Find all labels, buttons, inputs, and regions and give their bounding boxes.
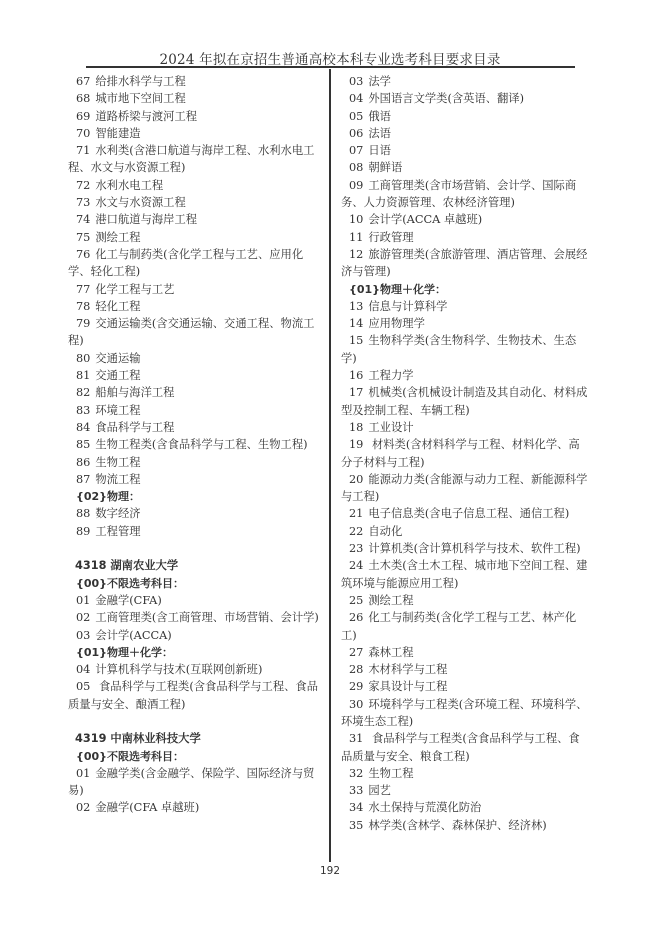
left-column: 67给排水科学与工程68城市地下空间工程69道路桥梁与渡河工程70智能建造71水… bbox=[68, 73, 321, 817]
major-entry: 85生物工程类(含食品科学与工程、生物工程) bbox=[68, 436, 321, 453]
major-name: 交通工程 bbox=[95, 369, 140, 382]
major-code: 28 bbox=[349, 663, 363, 676]
major-code: 16 bbox=[349, 369, 363, 382]
major-name: 园艺 bbox=[368, 784, 391, 797]
major-code: 08 bbox=[349, 161, 363, 174]
page-number: 192 bbox=[0, 865, 660, 877]
major-entry: 89工程管理 bbox=[68, 523, 321, 540]
major-entry: 07日语 bbox=[341, 142, 591, 159]
major-code: 18 bbox=[349, 421, 363, 434]
major-entry: 04计算机科学与技术(互联网创新班) bbox=[68, 661, 321, 678]
major-entry: 84食品科学与工程 bbox=[68, 419, 321, 436]
major-name: 物流工程 bbox=[95, 473, 140, 486]
major-code: 27 bbox=[349, 646, 363, 659]
major-name: 水利类(含港口航道与海岸工程、水利水电工程、水文与水资源工程) bbox=[68, 144, 314, 174]
major-name: 道路桥梁与渡河工程 bbox=[95, 110, 197, 123]
major-code: 75 bbox=[76, 231, 90, 244]
major-name: 外国语言文学类(含英语、翻译) bbox=[368, 92, 524, 105]
major-code: 32 bbox=[349, 767, 363, 780]
major-entry: 05 食品科学与工程类(含食品科学与工程、食品质量与安全、酿酒工程) bbox=[68, 678, 321, 713]
major-entry: 34水土保持与荒漠化防治 bbox=[341, 799, 591, 816]
major-name: 法语 bbox=[368, 127, 391, 140]
major-name: 机械类(含机械设计制造及其自动化、材料成型及控制工程、车辆工程) bbox=[341, 386, 587, 416]
major-code: 31 bbox=[349, 732, 363, 745]
major-code: 70 bbox=[76, 127, 90, 140]
major-entry: 26化工与制药类(含化学工程与工艺、林产化工) bbox=[341, 609, 591, 644]
major-entry: 02工商管理类(含工商管理、市场营销、会计学) bbox=[68, 609, 321, 626]
major-code: 13 bbox=[349, 300, 363, 313]
major-name: 食品科学与工程 bbox=[95, 421, 174, 434]
major-entry: 16工程力学 bbox=[341, 367, 591, 384]
major-entry: 24土木类(含土木工程、城市地下空间工程、建筑环境与能源应用工程) bbox=[341, 557, 591, 592]
major-entry: 14应用物理学 bbox=[341, 315, 591, 332]
major-entry: 02金融学(CFA 卓越班) bbox=[68, 799, 321, 816]
major-entry: 03法学 bbox=[341, 73, 591, 90]
major-code: 76 bbox=[76, 248, 90, 261]
major-code: 30 bbox=[349, 698, 363, 711]
major-entry: 21电子信息类(含电子信息工程、通信工程) bbox=[341, 505, 591, 522]
major-code: 11 bbox=[349, 231, 363, 244]
major-entry: 86生物工程 bbox=[68, 454, 321, 471]
major-name: 交通运输类(含交通运输、交通工程、物流工程) bbox=[68, 317, 314, 347]
university-heading: 4318 湖南农业大学 bbox=[68, 557, 321, 574]
major-code: 15 bbox=[349, 334, 363, 347]
major-code: 88 bbox=[76, 507, 90, 520]
major-name: 应用物理学 bbox=[368, 317, 425, 330]
major-name: 自动化 bbox=[368, 525, 402, 538]
major-code: 02 bbox=[76, 611, 90, 624]
major-entry: 10会计学(ACCA 卓越班) bbox=[341, 211, 591, 228]
major-code: 34 bbox=[349, 801, 363, 814]
major-entry: 06法语 bbox=[341, 125, 591, 142]
major-code: 23 bbox=[349, 542, 363, 555]
major-code: 89 bbox=[76, 525, 90, 538]
major-code: 74 bbox=[76, 213, 90, 226]
major-entry: 11行政管理 bbox=[341, 229, 591, 246]
major-name: 金融学(CFA) bbox=[95, 594, 161, 607]
major-code: 10 bbox=[349, 213, 363, 226]
major-name: 林学类(含林学、森林保护、经济林) bbox=[368, 819, 546, 832]
major-entry: 01金融学(CFA) bbox=[68, 592, 321, 609]
major-name: 化工与制药类(含化学工程与工艺、林产化工) bbox=[341, 611, 576, 641]
major-entry: 15生物科学类(含生物科学、生物技术、生态学) bbox=[341, 332, 591, 367]
major-entry: 08朝鲜语 bbox=[341, 159, 591, 176]
major-entry: 03会计学(ACCA) bbox=[68, 627, 321, 644]
major-code: 03 bbox=[349, 75, 363, 88]
major-entry: 35林学类(含林学、森林保护、经济林) bbox=[341, 817, 591, 834]
major-name: 船舶与海洋工程 bbox=[95, 386, 174, 399]
major-entry: 09工商管理类(含市场营销、会计学、国际商务、人力资源管理、农林经济管理) bbox=[341, 177, 591, 212]
major-name: 水土保持与荒漠化防治 bbox=[368, 801, 481, 814]
major-name: 数字经济 bbox=[95, 507, 140, 520]
major-code: 77 bbox=[76, 283, 90, 296]
major-code: 29 bbox=[349, 680, 363, 693]
major-name: 生物工程 bbox=[95, 456, 140, 469]
major-name: 会计学(ACCA 卓越班) bbox=[368, 213, 482, 226]
major-name: 能源动力类(含能源与动力工程、新能源科学与工程) bbox=[341, 473, 587, 503]
major-entry: 77化学工程与工艺 bbox=[68, 281, 321, 298]
major-name: 信息与计算科学 bbox=[368, 300, 447, 313]
major-entry: 79交通运输类(含交通运输、交通工程、物流工程) bbox=[68, 315, 321, 350]
major-entry: 78轻化工程 bbox=[68, 298, 321, 315]
major-name: 交通运输 bbox=[95, 352, 140, 365]
major-name: 俄语 bbox=[368, 110, 391, 123]
spacer bbox=[68, 713, 321, 730]
major-name: 电子信息类(含电子信息工程、通信工程) bbox=[368, 507, 569, 520]
major-entry: 17机械类(含机械设计制造及其自动化、材料成型及控制工程、车辆工程) bbox=[341, 384, 591, 419]
major-code: 86 bbox=[76, 456, 90, 469]
major-name: 土木类(含土木工程、城市地下空间工程、建筑环境与能源应用工程) bbox=[341, 559, 587, 589]
major-code: 05 bbox=[76, 680, 90, 693]
major-name: 给排水科学与工程 bbox=[95, 75, 185, 88]
major-code: 03 bbox=[76, 629, 90, 642]
major-entry: 83环境工程 bbox=[68, 402, 321, 419]
major-entry: 82船舶与海洋工程 bbox=[68, 384, 321, 401]
major-entry: 13信息与计算科学 bbox=[341, 298, 591, 315]
subject-requirement-heading: {01}物理＋化学： bbox=[68, 644, 321, 661]
major-entry: 73水文与水资源工程 bbox=[68, 194, 321, 211]
major-name: 朝鲜语 bbox=[368, 161, 402, 174]
major-name: 工业设计 bbox=[368, 421, 413, 434]
major-name: 工商管理类(含工商管理、市场营销、会计学) bbox=[95, 611, 318, 624]
major-code: 25 bbox=[349, 594, 363, 607]
major-name: 生物工程类(含食品科学与工程、生物工程) bbox=[95, 438, 307, 451]
major-code: 01 bbox=[76, 767, 90, 780]
major-name: 计算机科学与技术(互联网创新班) bbox=[95, 663, 262, 676]
major-entry: 18工业设计 bbox=[341, 419, 591, 436]
major-entry: 67给排水科学与工程 bbox=[68, 73, 321, 90]
major-code: 01 bbox=[76, 594, 90, 607]
major-code: 02 bbox=[76, 801, 90, 814]
major-code: 05 bbox=[349, 110, 363, 123]
major-code: 04 bbox=[349, 92, 363, 105]
major-code: 81 bbox=[76, 369, 90, 382]
major-name: 会计学(ACCA) bbox=[95, 629, 171, 642]
major-code: 79 bbox=[76, 317, 90, 330]
major-name: 智能建造 bbox=[95, 127, 140, 140]
major-entry: 32生物工程 bbox=[341, 765, 591, 782]
major-entry: 05俄语 bbox=[341, 108, 591, 125]
major-entry: 81交通工程 bbox=[68, 367, 321, 384]
university-heading: 4319 中南林业科技大学 bbox=[68, 730, 321, 747]
major-name: 木材科学与工程 bbox=[368, 663, 447, 676]
major-code: 72 bbox=[76, 179, 90, 192]
major-code: 83 bbox=[76, 404, 90, 417]
major-name: 生物科学类(含生物科学、生物技术、生态学) bbox=[341, 334, 576, 364]
major-entry: 69道路桥梁与渡河工程 bbox=[68, 108, 321, 125]
page-header-title: 2024 年拟在京招生普通高校本科专业选考科目要求目录 bbox=[0, 48, 660, 68]
major-entry: 68城市地下空间工程 bbox=[68, 90, 321, 107]
major-name: 材料类(含材料科学与工程、材料化学、高分子材料与工程) bbox=[341, 438, 580, 468]
major-code: 21 bbox=[349, 507, 363, 520]
spacer bbox=[68, 540, 321, 557]
major-entry: 70智能建造 bbox=[68, 125, 321, 142]
major-entry: 27森林工程 bbox=[341, 644, 591, 661]
column-divider bbox=[329, 69, 331, 862]
major-name: 金融学类(含金融学、保险学、国际经济与贸易) bbox=[68, 767, 314, 797]
major-entry: 33园艺 bbox=[341, 782, 591, 799]
major-name: 水文与水资源工程 bbox=[95, 196, 185, 209]
major-entry: 01金融学类(含金融学、保险学、国际经济与贸易) bbox=[68, 765, 321, 800]
major-name: 环境科学与工程类(含环境工程、环境科学、环境生态工程) bbox=[341, 698, 587, 728]
major-name: 工商管理类(含市场营销、会计学、国际商务、人力资源管理、农林经济管理) bbox=[341, 179, 576, 209]
major-name: 金融学(CFA 卓越班) bbox=[95, 801, 199, 814]
major-name: 港口航道与海岸工程 bbox=[95, 213, 197, 226]
major-entry: 80交通运输 bbox=[68, 350, 321, 367]
subject-requirement-heading: {00}不限选考科目： bbox=[68, 575, 321, 592]
major-code: 09 bbox=[349, 179, 363, 192]
major-code: 12 bbox=[349, 248, 363, 261]
major-name: 城市地下空间工程 bbox=[95, 92, 185, 105]
major-name: 水利水电工程 bbox=[95, 179, 163, 192]
major-entry: 25测绘工程 bbox=[341, 592, 591, 609]
major-entry: 72水利水电工程 bbox=[68, 177, 321, 194]
major-entry: 20能源动力类(含能源与动力工程、新能源科学与工程) bbox=[341, 471, 591, 506]
major-entry: 75测绘工程 bbox=[68, 229, 321, 246]
major-entry: 87物流工程 bbox=[68, 471, 321, 488]
major-code: 87 bbox=[76, 473, 90, 486]
major-code: 17 bbox=[349, 386, 363, 399]
major-name: 化学工程与工艺 bbox=[95, 283, 174, 296]
major-entry: 71水利类(含港口航道与海岸工程、水利水电工程、水文与水资源工程) bbox=[68, 142, 321, 177]
major-name: 环境工程 bbox=[95, 404, 140, 417]
major-name: 轻化工程 bbox=[95, 300, 140, 313]
major-entry: 28木材科学与工程 bbox=[341, 661, 591, 678]
major-code: 68 bbox=[76, 92, 90, 105]
major-name: 测绘工程 bbox=[368, 594, 413, 607]
major-code: 67 bbox=[76, 75, 90, 88]
major-name: 测绘工程 bbox=[95, 231, 140, 244]
major-name: 计算机类(含计算机科学与技术、软件工程) bbox=[368, 542, 580, 555]
major-entry: 19 材料类(含材料科学与工程、材料化学、高分子材料与工程) bbox=[341, 436, 591, 471]
subject-requirement-heading: {02}物理： bbox=[68, 488, 321, 505]
right-column: 03法学04外国语言文学类(含英语、翻译)05俄语06法语07日语08朝鲜语09… bbox=[341, 73, 591, 834]
major-name: 家具设计与工程 bbox=[368, 680, 447, 693]
major-code: 14 bbox=[349, 317, 363, 330]
major-code: 22 bbox=[349, 525, 363, 538]
major-name: 日语 bbox=[368, 144, 391, 157]
major-entry: 04外国语言文学类(含英语、翻译) bbox=[341, 90, 591, 107]
major-name: 工程管理 bbox=[95, 525, 140, 538]
major-code: 84 bbox=[76, 421, 90, 434]
major-entry: 12旅游管理类(含旅游管理、酒店管理、会展经济与管理) bbox=[341, 246, 591, 281]
major-name: 生物工程 bbox=[368, 767, 413, 780]
major-name: 行政管理 bbox=[368, 231, 413, 244]
major-code: 78 bbox=[76, 300, 90, 313]
major-entry: 76化工与制药类(含化学工程与工艺、应用化学、轻化工程) bbox=[68, 246, 321, 281]
major-entry: 31 食品科学与工程类(含食品科学与工程、食品质量与安全、粮食工程) bbox=[341, 730, 591, 765]
major-code: 71 bbox=[76, 144, 90, 157]
major-entry: 74港口航道与海岸工程 bbox=[68, 211, 321, 228]
major-code: 19 bbox=[349, 438, 363, 451]
major-entry: 88数字经济 bbox=[68, 505, 321, 522]
major-code: 33 bbox=[349, 784, 363, 797]
major-entry: 30环境科学与工程类(含环境工程、环境科学、环境生态工程) bbox=[341, 696, 591, 731]
major-name: 旅游管理类(含旅游管理、酒店管理、会展经济与管理) bbox=[341, 248, 587, 278]
header-rule bbox=[86, 66, 575, 68]
major-name: 工程力学 bbox=[368, 369, 413, 382]
major-code: 73 bbox=[76, 196, 90, 209]
major-name: 森林工程 bbox=[368, 646, 413, 659]
subject-requirement-heading: {00}不限选考科目： bbox=[68, 748, 321, 765]
major-name: 食品科学与工程类(含食品科学与工程、食品质量与安全、酿酒工程) bbox=[68, 680, 318, 710]
major-name: 法学 bbox=[368, 75, 391, 88]
major-name: 食品科学与工程类(含食品科学与工程、食品质量与安全、粮食工程) bbox=[341, 732, 580, 762]
major-code: 69 bbox=[76, 110, 90, 123]
major-code: 80 bbox=[76, 352, 90, 365]
major-name: 化工与制药类(含化学工程与工艺、应用化学、轻化工程) bbox=[68, 248, 303, 278]
major-code: 26 bbox=[349, 611, 363, 624]
major-code: 20 bbox=[349, 473, 363, 486]
major-code: 07 bbox=[349, 144, 363, 157]
major-code: 82 bbox=[76, 386, 90, 399]
subject-requirement-heading: {01}物理＋化学： bbox=[341, 281, 591, 298]
major-code: 35 bbox=[349, 819, 363, 832]
major-code: 04 bbox=[76, 663, 90, 676]
major-entry: 23计算机类(含计算机科学与技术、软件工程) bbox=[341, 540, 591, 557]
major-code: 85 bbox=[76, 438, 90, 451]
major-entry: 29家具设计与工程 bbox=[341, 678, 591, 695]
major-entry: 22自动化 bbox=[341, 523, 591, 540]
major-code: 24 bbox=[349, 559, 363, 572]
major-code: 06 bbox=[349, 127, 363, 140]
